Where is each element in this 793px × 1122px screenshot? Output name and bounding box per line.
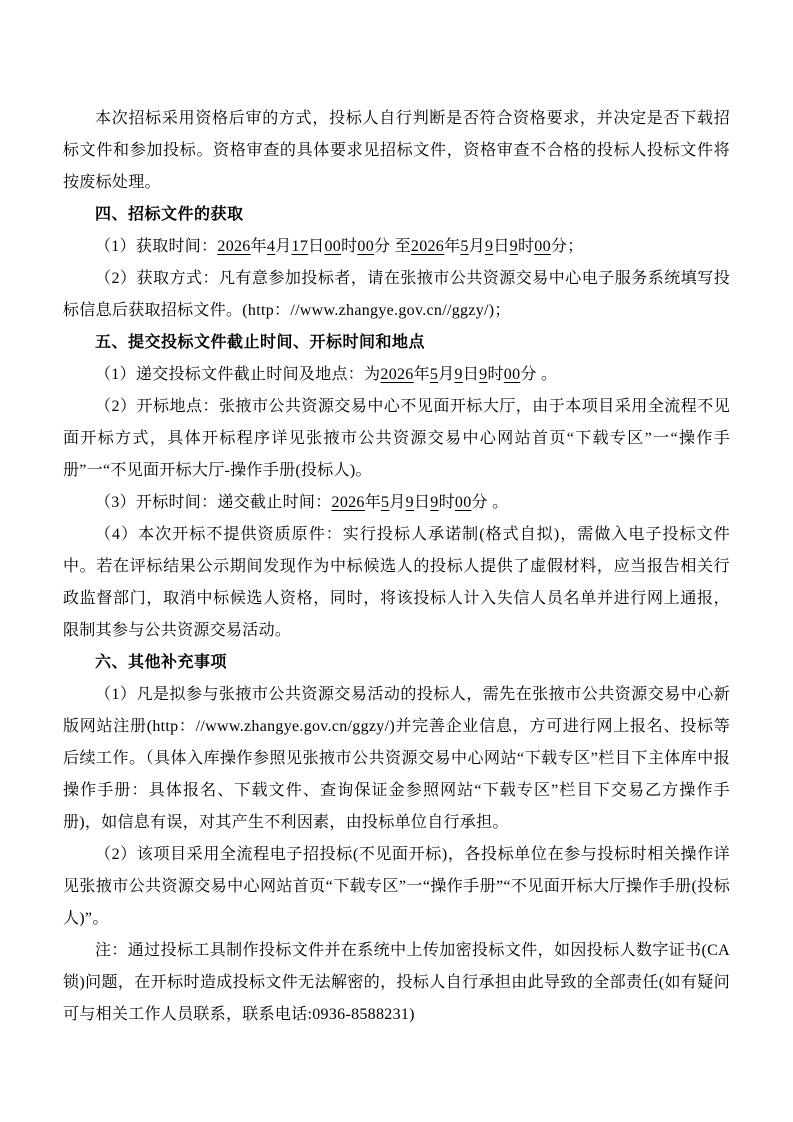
text-run: 日 [308,238,324,255]
paragraph: （4）本次开标不提供资质原件：实行投标人承诺制(格式自拟)，需做入电子投标文件中… [63,519,730,647]
text-run: （1）凡是拟参与张掖市公共资源交易活动的投标人，需先在张掖市公共资源交易中心新版… [63,686,730,831]
text-run: 日 [414,494,430,511]
paragraph: （1）递交投标文件截止时间及地点：为2026年5月9日9时00分 。 [63,359,730,391]
paragraph: （2）开标地点：张掖市公共资源交易中心不见面开标大厅，由于本项目采用全流程不见面… [63,391,730,487]
text-run: 月 [438,366,454,383]
text-run: 四、招标文件的获取 [95,206,244,223]
underlined-value: 5 [430,366,438,383]
underlined-value: 00 [357,238,374,255]
text-run: （3）开标时间：递交截止时间： [95,494,332,511]
text-run: 本次招标采用资格后审的方式，投标人自行判断是否符合资格要求，并决定是否下载招标文… [63,110,730,191]
underlined-value: 9 [455,366,463,383]
underlined-value: 00 [455,494,472,511]
underlined-value: 9 [430,494,438,511]
text-run: 分 。 [520,366,557,383]
paragraph: （1）获取时间：2026年4月17日00时00分 至2026年5月9日9时00分… [63,231,730,263]
underlined-value: 5 [460,238,468,255]
paragraph: 注：通过投标工具制作投标文件并在系统中上传加密投标文件，如因投标人数字证书(CA… [63,935,730,1031]
text-run: 日 [463,366,479,383]
text-run: 年 [365,494,381,511]
text-run: 月 [469,238,485,255]
underlined-value: 9 [406,494,414,511]
text-run: 分 。 [472,494,509,511]
document-body: 本次招标采用资格后审的方式，投标人自行判断是否符合资格要求，并决定是否下载招标文… [63,103,730,1031]
paragraph: （3）开标时间：递交截止时间：2026年5月9日9时00分 。 [63,487,730,519]
text-run: （2）该项目采用全流程电子招投标(不见面开标)，各投标单位在参与投标时相关操作详… [63,846,730,927]
text-run: （4）本次开标不提供资质原件：实行投标人承诺制(格式自拟)，需做入电子投标文件中… [63,526,730,639]
text-run: 时 [518,238,534,255]
text-run: 年 [251,238,267,255]
document-page: 本次招标采用资格后审的方式，投标人自行判断是否符合资格要求，并决定是否下载招标文… [0,0,793,1122]
text-run: 五、提交投标文件截止时间、开标时间和地点 [95,334,425,351]
text-run: 时 [487,366,503,383]
text-run: 月 [275,238,291,255]
underlined-value: 2026 [380,366,413,383]
section-heading: 五、提交投标文件截止时间、开标时间和地点 [63,327,730,359]
section-heading: 六、其他补充事项 [63,647,730,679]
text-run: （2）开标地点：张掖市公共资源交易中心不见面开标大厅，由于本项目采用全流程不见面… [63,398,730,479]
text-run: 六、其他补充事项 [95,654,227,671]
text-run: 分； [551,238,584,255]
text-run: （1）获取时间： [95,238,217,255]
underlined-value: 2026 [332,494,365,511]
section-heading: 四、招标文件的获取 [63,199,730,231]
text-run: 分 至 [374,238,411,255]
text-run: 日 [493,238,509,255]
text-run: （1）递交投标文件截止时间及地点：为 [95,366,380,383]
underlined-value: 2026 [411,238,444,255]
paragraph: （2）该项目采用全流程电子招投标(不见面开标)，各投标单位在参与投标时相关操作详… [63,839,730,935]
text-run: 年 [414,366,430,383]
underlined-value: 9 [510,238,518,255]
text-run: 月 [389,494,405,511]
underlined-value: 00 [324,238,341,255]
underlined-value: 17 [292,238,309,255]
underlined-value: 2026 [217,238,250,255]
underlined-value: 4 [267,238,275,255]
text-run: （2）获取方式：凡有意参加投标者，请在张掖市公共资源交易中心电子服务系统填写投标… [63,270,730,319]
underlined-value: 00 [534,238,551,255]
underlined-value: 00 [504,366,521,383]
text-run: 时 [439,494,455,511]
text-run: 时 [341,238,357,255]
paragraph: 本次招标采用资格后审的方式，投标人自行判断是否符合资格要求，并决定是否下载招标文… [63,103,730,199]
paragraph: （1）凡是拟参与张掖市公共资源交易活动的投标人，需先在张掖市公共资源交易中心新版… [63,679,730,839]
text-run: 年 [444,238,460,255]
paragraph: （2）获取方式：凡有意参加投标者，请在张掖市公共资源交易中心电子服务系统填写投标… [63,263,730,327]
text-run: 注：通过投标工具制作投标文件并在系统中上传加密投标文件，如因投标人数字证书(CA… [63,942,730,1023]
